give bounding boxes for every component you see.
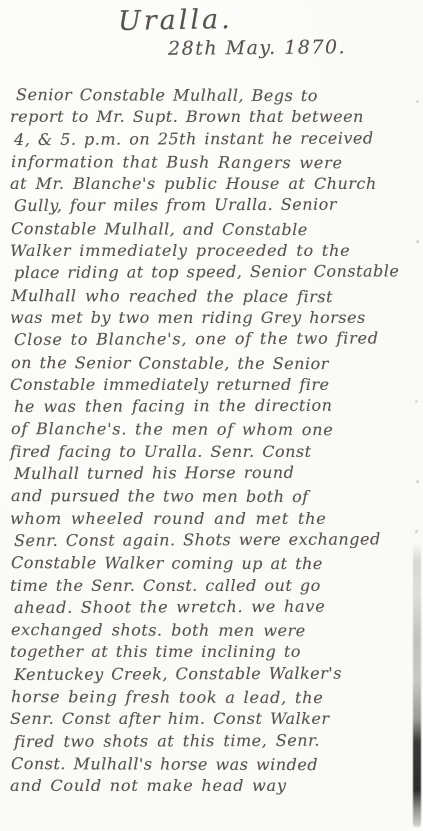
handwritten-line: Constable Walker coming up at the — [10, 552, 418, 576]
handwritten-line: and pursued the two men both of — [10, 485, 418, 509]
handwritten-line: Senior Constable Mulhall, Begs to — [10, 84, 418, 108]
handwritten-line: Const. Mulhall's horse was winded — [10, 753, 418, 777]
document-body: Senior Constable Mulhall, Begs toreport … — [10, 84, 418, 798]
handwritten-line: was met by two men riding Grey horses — [10, 307, 418, 329]
handwritten-line: on the Senior Constable, the Senior — [10, 352, 418, 376]
handwritten-line: Senr. Const after him. Const Walker — [10, 708, 418, 730]
handwritten-line: Mulhall who reached the place first — [10, 285, 418, 309]
handwritten-line: Mulhall turned his Horse round — [10, 461, 418, 485]
handwritten-line: place riding at top speed, Senior Consta… — [10, 261, 418, 285]
handwritten-line: Senr. Const again. Shots were exchanged — [10, 528, 418, 552]
handwritten-line: Gully, four miles from Uralla. Senior — [10, 194, 418, 218]
handwritten-line: ahead. Shoot the wretch. we have — [10, 595, 418, 619]
handwritten-line: Kentuckey Creek, Constable Walker's — [10, 662, 418, 686]
handwritten-line: of Blanche's. the men of whom one — [10, 418, 418, 442]
document-page: Uralla. 28th May. 1870. Senior Constable… — [0, 0, 423, 831]
handwritten-line: fired facing to Uralla. Senr. Const — [10, 441, 418, 463]
handwritten-line: together at this time inclining to — [10, 641, 418, 663]
handwritten-line: Close to Blanche's, one of the two fired — [10, 327, 418, 351]
handwritten-line: 4, & 5. p.m. on 25th instant he received — [10, 127, 418, 151]
handwritten-line: Constable Mulhall, and Constable — [10, 218, 418, 242]
handwritten-line: report to Mr. Supt. Brown that between — [10, 106, 418, 128]
document-date: 28th May. 1870. — [168, 36, 346, 60]
scan-edge-speckles — [416, 100, 419, 103]
handwritten-line: he was then facing in the direction — [10, 394, 418, 418]
handwritten-line: horse being fresh took a lead, the — [10, 686, 418, 710]
handwritten-line: time the Senr. Const. called out go — [10, 575, 418, 597]
handwritten-line: and Could not make head way — [10, 775, 418, 797]
handwritten-line: Constable immediately returned fire — [10, 374, 418, 396]
handwritten-line: information that Bush Rangers were — [10, 151, 418, 175]
document-title: Uralla. — [118, 4, 233, 37]
handwritten-line: Walker immediately proceeded to the — [10, 240, 418, 262]
scan-edge-smudge — [413, 543, 421, 827]
handwritten-line: fired two shots at this time, Senr. — [10, 729, 418, 753]
handwritten-line: whom wheeled round and met the — [10, 508, 418, 530]
handwritten-line: at Mr. Blanche's public House at Church — [10, 173, 418, 195]
handwritten-line: exchanged shots. both men were — [10, 619, 418, 643]
